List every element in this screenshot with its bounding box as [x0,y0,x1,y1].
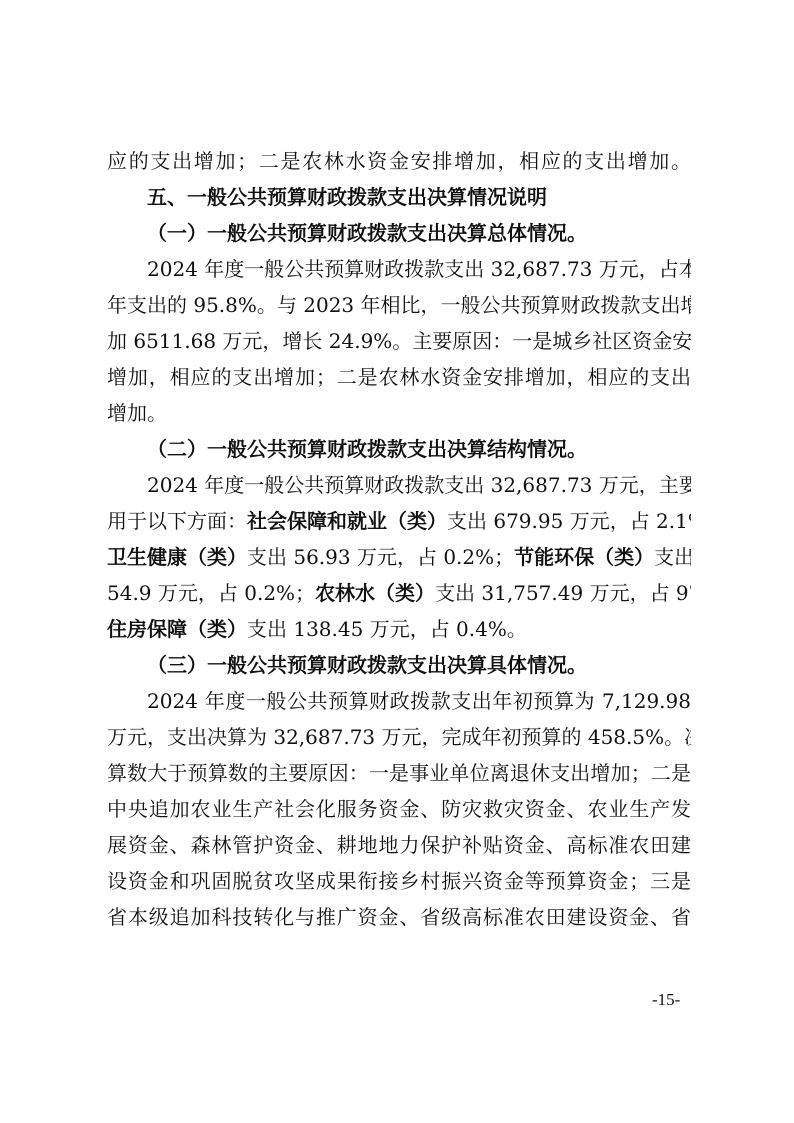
category-social-security: 社会保障和就业（类） [247,509,447,533]
paragraph-line: 2024 年度一般公共预算财政拨款支出 32,687.73 万元，主要 [147,467,691,503]
paragraph-line: 增加，相应的支出增加；二是农林水资金安排增加，相应的支出 [107,359,691,395]
paragraph-line: 省本级追加科技转化与推广资金、省级高标准农田建设资金、省 [107,899,691,935]
document-page: 应的支出增加；二是农林水资金安排增加，相应的支出增加。 五、一般公共预算财政拨款… [0,0,794,1123]
subsection-heading-3: （三）一般公共预算财政拨款支出决算具体情况。 [147,647,587,683]
category-environment-value: 54.9 万元，占 0.2%； [107,581,315,605]
category-housing: 住房保障（类） [107,617,247,641]
paragraph-line: 万元，支出决算为 32,687.73 万元，完成年初预算的 458.5%。决 [107,719,691,755]
paragraph-line: 加 6511.68 万元，增长 24.9%。主要原因：一是城乡社区资金安排 [107,323,691,359]
category-environment-text: 支出 [654,545,691,569]
paragraph-line: 展资金、森林管护资金、耕地地力保护补贴资金、高标准农田建 [107,827,691,863]
structure-line: 用于以下方面：社会保障和就业（类）支出 679.95 万元，占 2.1%； [107,503,691,539]
category-agriculture: 农林水（类） [315,581,435,605]
paragraph-line: 算数大于预算数的主要原因：一是事业单位离退休支出增加；二是 [107,755,691,791]
category-agriculture-text: 支出 31,757.49 万元，占 97.1%； [435,581,691,605]
category-health-text: 支出 56.93 万元，占 0.2%； [247,545,514,569]
paragraph-line: 2024 年度一般公共预算财政拨款支出年初预算为 7,129.98 [147,683,691,719]
paragraph-line: 中央追加农业生产社会化服务资金、防灾救灾资金、农业生产发 [107,791,691,827]
structure-line: 54.9 万元，占 0.2%；农林水（类）支出 31,757.49 万元，占 9… [107,575,691,611]
paragraph-line: 应的支出增加；二是农林水资金安排增加，相应的支出增加。 [107,143,691,179]
category-social-security-text: 支出 679.95 万元，占 2.1%； [447,509,691,533]
section-heading-5: 五、一般公共预算财政拨款支出决算情况说明 [147,179,547,215]
paragraph-line: 设资金和巩固脱贫攻坚成果衔接乡村振兴资金等预算资金；三是 [107,863,691,899]
paragraph-line: 增加。 [107,395,691,431]
category-health: 卫生健康（类） [107,545,247,569]
subsection-heading-1: （一）一般公共预算财政拨款支出决算总体情况。 [147,215,587,251]
structure-line: 卫生健康（类）支出 56.93 万元，占 0.2%；节能环保（类）支出 [107,539,691,575]
structure-line: 住房保障（类）支出 138.45 万元，占 0.4%。 [107,611,691,647]
paragraph-line: 2024 年度一般公共预算财政拨款支出 32,687.73 万元，占本 [147,251,691,287]
paragraph-line: 年支出的 95.8%。与 2023 年相比，一般公共预算财政拨款支出增 [107,287,691,323]
category-environment: 节能环保（类） [514,545,654,569]
subsection-heading-2: （二）一般公共预算财政拨款支出决算结构情况。 [147,431,587,467]
structure-prefix: 用于以下方面： [107,509,247,533]
page-number: -15- [652,990,680,1010]
category-housing-text: 支出 138.45 万元，占 0.4%。 [247,617,527,641]
